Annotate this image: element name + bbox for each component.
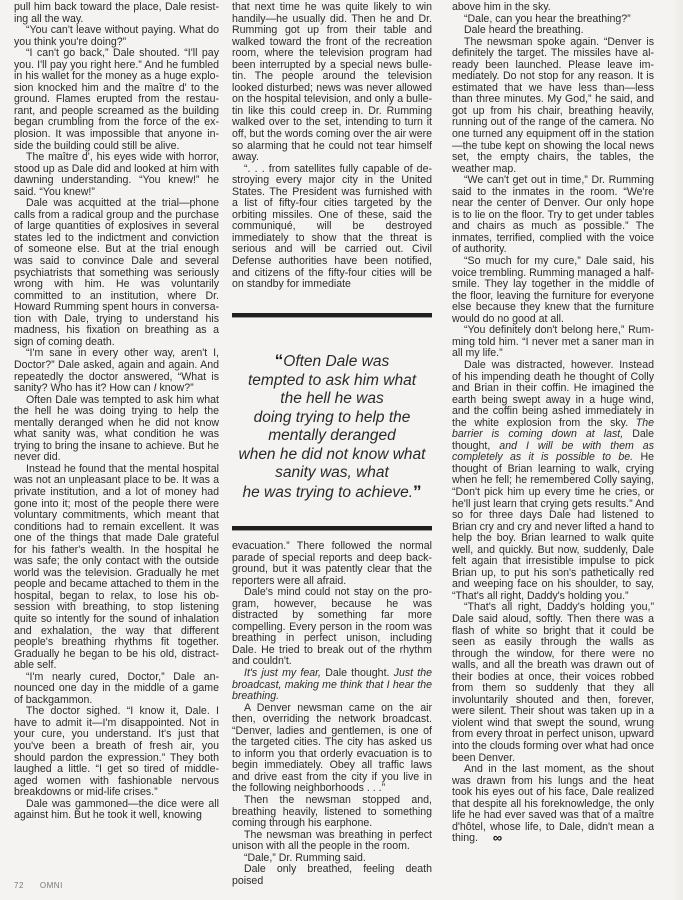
- paragraph: The newsman was breathing in perfect uni…: [232, 830, 432, 853]
- magazine-name: OMNI: [40, 881, 63, 890]
- paragraph: “I can't go back,” Dale shouted. “I'll p…: [14, 48, 219, 152]
- paragraph: A Denver newsman came on the air then, o…: [232, 703, 432, 795]
- paragraph: Instead he found that the mental hospita…: [14, 464, 219, 672]
- folio: 72OMNI: [14, 881, 79, 890]
- paragraph: pull him back toward the place, Dale res…: [14, 2, 219, 25]
- article-column-2-bottom: evacuation.” There followed the normal p…: [232, 541, 432, 887]
- page-number: 72: [14, 881, 24, 890]
- pull-quote-top-rule: [232, 313, 432, 318]
- end-mark-icon: ∞: [481, 833, 499, 843]
- paragraph: “. . . from satellites fully capable of …: [232, 164, 432, 291]
- magazine-page: pull him back toward the place, Dale res…: [0, 0, 683, 900]
- paragraph: “That's all right, Daddy's holding you,”…: [452, 602, 654, 764]
- paragraph: “You can't leave without paying. What do…: [14, 25, 219, 48]
- paragraph: And in the last moment, as the shout was…: [452, 764, 654, 845]
- paragraph: “So much for my cure,” Dale said, his vo…: [452, 256, 654, 325]
- article-column-2-top: that next time he was quite likely to wi…: [232, 2, 432, 291]
- open-quote-icon: “: [275, 351, 284, 370]
- pull-quote: “Often Dale was tempted to ask him what …: [232, 352, 432, 502]
- paragraph: Then the newsman stopped and, breath­ing…: [232, 795, 432, 830]
- paragraph: “I'm nearly cured, Doctor,” Dale an­noun…: [14, 672, 219, 707]
- paragraph: Often Dale was tempted to ask him what t…: [14, 395, 219, 464]
- paragraph: evacuation.” There followed the normal p…: [232, 541, 432, 587]
- pull-quote-bottom-rule: [232, 526, 432, 531]
- paragraph: The doctor sighed. “I know it, Dale. I h…: [14, 706, 219, 798]
- paragraph: “I'm sane in every other way, aren't I, …: [14, 348, 219, 394]
- paragraph: “You definitely don't belong here,” Rum­…: [452, 325, 654, 360]
- article-column-3: above him in the sky. “Dale, can you hea…: [452, 2, 654, 845]
- paragraph: Dale only breathed, feeling death poised: [232, 864, 432, 887]
- paragraph: Dale was acquitted at the trial—phone ca…: [14, 198, 219, 348]
- paragraph: It's just my fear, Dale thought. Just th…: [232, 668, 432, 703]
- close-quote-icon: ”: [413, 482, 422, 501]
- paragraph: The maître d', his eyes wide with horror…: [14, 152, 219, 198]
- paragraph: Dale was gammoned—the dice were all agai…: [14, 799, 219, 822]
- paragraph: Dale heard the breathing.: [452, 25, 654, 37]
- paragraph: that next time he was quite likely to wi…: [232, 2, 432, 164]
- page-edge-shadow: [673, 0, 683, 900]
- paragraph: Dale's mind could not stay on the pro­gr…: [232, 587, 432, 668]
- article-column-1: pull him back toward the place, Dale res…: [14, 2, 219, 822]
- paragraph: “We can't get out in time,” Dr. Rumming …: [452, 175, 654, 256]
- paragraph: above him in the sky.: [452, 2, 654, 14]
- paragraph: The newsman spoke again. “Denver is defi…: [452, 37, 654, 176]
- paragraph: Dale was distracted, however. Instead of…: [452, 360, 654, 602]
